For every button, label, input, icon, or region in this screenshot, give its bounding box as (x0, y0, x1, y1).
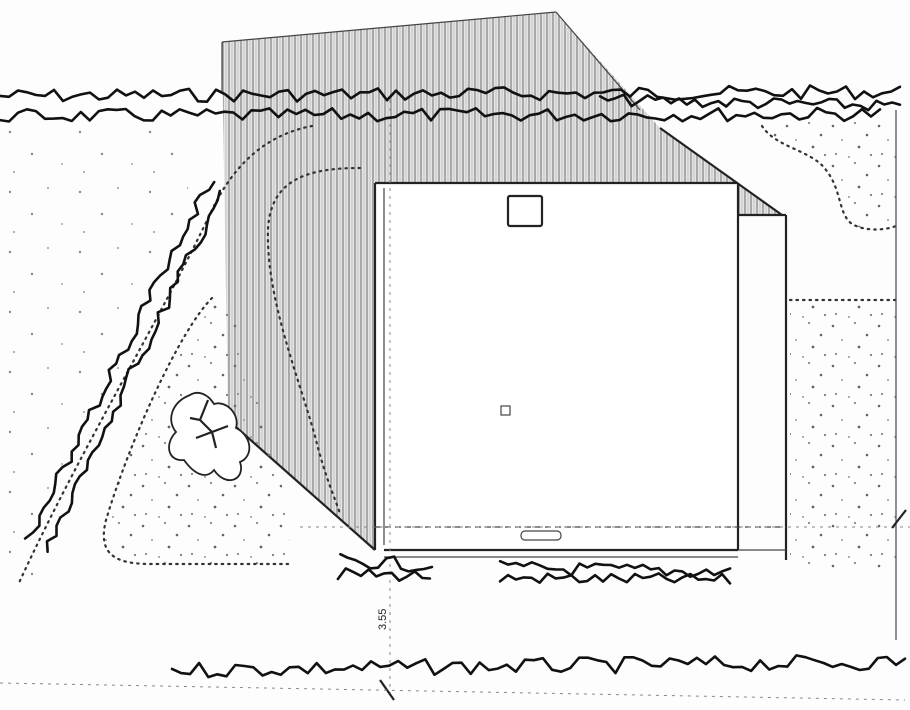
site-plan-canvas: 3.55 (0, 0, 910, 710)
shrubs-south-east-upper (500, 561, 730, 577)
planting-bed-northeast (762, 120, 896, 230)
hedge-south (172, 655, 905, 677)
planting-bed-east (790, 300, 896, 570)
building (375, 183, 786, 560)
site-plan-drawing: 3.55 (0, 0, 910, 710)
dimension-label-south: 3.55 (377, 609, 389, 630)
